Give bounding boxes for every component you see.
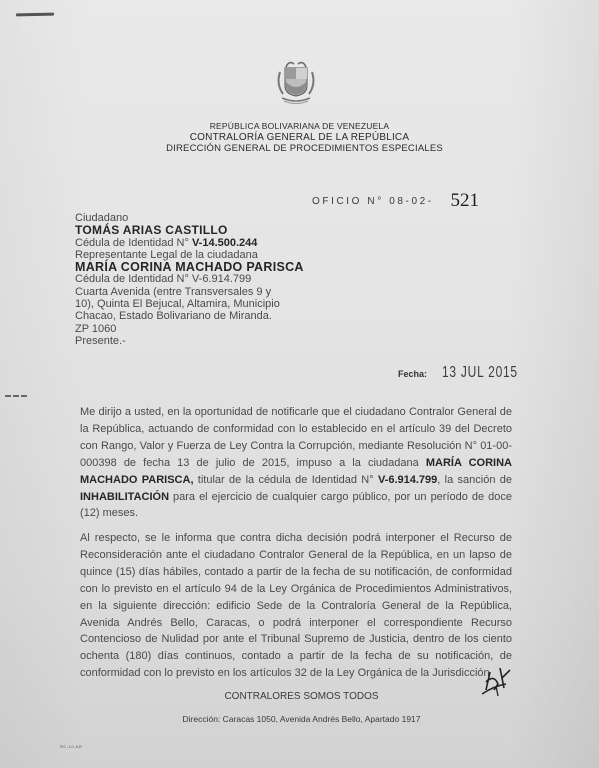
- footer-address: Dirección: Caracas 1050, Avenida Andrés …: [0, 714, 599, 724]
- represented-name: MARÍA CORINA MACHADO PARISCA: [75, 261, 304, 273]
- address-line: ZP 1060: [75, 323, 304, 335]
- footer-code: RC-10.AR: [60, 744, 82, 749]
- body-paragraph-2: Al respecto, se le informa que contra di…: [80, 530, 512, 682]
- pen-mark: [16, 13, 54, 17]
- sanctioned-id: V-6.914.799: [378, 474, 437, 486]
- oficio-reference: OFICIO N° 08-02- 521: [312, 188, 479, 210]
- letterhead-line-country: REPÚBLICA BOLIVARIANA DE VENEZUELA: [0, 121, 599, 132]
- closing: Presente.-: [75, 335, 304, 347]
- margin-mark: [5, 395, 27, 397]
- addressee-name: TOMÁS ARIAS CASTILLO: [75, 224, 304, 236]
- letterhead: REPÚBLICA BOLIVARIANA DE VENEZUELA CONTR…: [0, 121, 599, 154]
- footer-motto: CONTRALORES SOMOS TODOS: [0, 691, 599, 702]
- date-label: Fecha:: [398, 369, 427, 379]
- coat-of-arms-icon: [274, 58, 318, 106]
- paragraph-text: , la sanción de: [437, 474, 512, 486]
- letterhead-line-institution: CONTRALORÍA GENERAL DE LA REPÚBLICA: [0, 132, 599, 143]
- address-line: 10), Quinta El Bejucal, Altamira, Munici…: [75, 298, 304, 310]
- addressee-id: Cédula de Identidad N° V-14.500.244: [75, 237, 304, 249]
- body-paragraph-1: Me dirijo a usted, en la oportunidad de …: [80, 404, 512, 522]
- paragraph-text: titular de la cédula de Identidad N°: [194, 474, 378, 486]
- oficio-number: 521: [451, 190, 480, 211]
- oficio-label: OFICIO N° 08-02-: [312, 196, 434, 207]
- document-page: REPÚBLICA BOLIVARIANA DE VENEZUELA CONTR…: [0, 0, 599, 768]
- date-value: 13 JUL 2015: [442, 364, 518, 382]
- date-stamp: Fecha: 13 JUL 2015: [398, 364, 543, 382]
- represented-id: Cédula de Identidad N° V-6.914.799: [75, 273, 304, 285]
- addressee-id-label: Cédula de Identidad N°: [75, 237, 189, 249]
- address-line: Chacao, Estado Bolivariano de Miranda.: [75, 310, 304, 322]
- address-line: Cuarta Avenida (entre Transversales 9 y: [75, 286, 304, 298]
- sanction-type: INHABILITACIÓN: [80, 491, 169, 503]
- letterhead-line-department: DIRECCIÓN GENERAL DE PROCEDIMIENTOS ESPE…: [0, 143, 599, 154]
- addressee-id-value: V-14.500.244: [192, 237, 257, 249]
- addressee-block: Ciudadano TOMÁS ARIAS CASTILLO Cédula de…: [75, 212, 304, 347]
